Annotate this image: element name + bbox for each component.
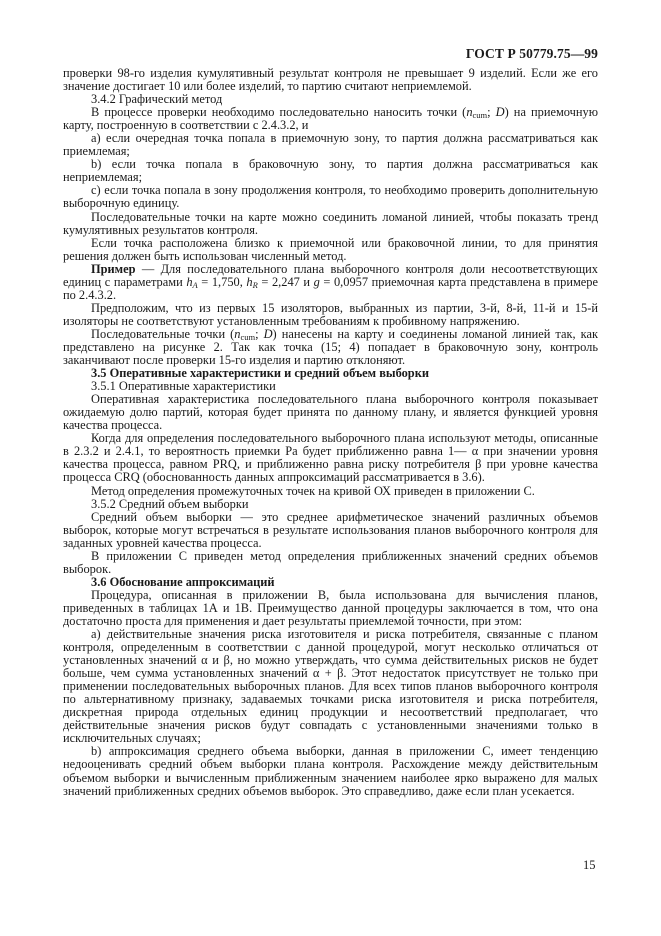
paragraph-appendix-c: В приложении С приведен метод определени… [63, 550, 598, 576]
heading-3-6: 3.6 Обоснование аппроксимаций [63, 576, 598, 589]
paragraph-points: Последовательные точки (ncum; D) нанесен… [63, 328, 598, 367]
text: ; [487, 105, 496, 119]
document-header: ГОСТ Р 50779.75—99 [466, 46, 598, 62]
text: = 1,750, [198, 275, 247, 289]
paragraph-numeric: Если точка расположена близко к приемочн… [63, 237, 598, 263]
list-item-asn-approx: b) аппроксимация среднего объема выборки… [63, 745, 598, 797]
example-label: Пример [91, 262, 136, 276]
text: В процессе проверки необходимо последова… [91, 105, 466, 119]
paragraph-oc: Оперативная характеристика последователь… [63, 393, 598, 432]
paragraph-asn: Средний объем выборки — это среднее ариф… [63, 511, 598, 550]
var-D: D [496, 105, 505, 119]
list-item-c: с) если точка попала в зону продолжения … [63, 184, 598, 210]
example-paragraph: Пример — Для последовательного плана выб… [63, 263, 598, 302]
text: ; [255, 327, 263, 341]
subscript-cum: cum [473, 110, 488, 120]
text: Последовательные точки ( [91, 327, 234, 341]
paragraph-procedure-b: Процедура, описанная в приложении В, был… [63, 589, 598, 628]
list-item-risks: а) действительные значения риска изготов… [63, 628, 598, 745]
page-body: проверки 98-го изделия кумулятивный резу… [63, 67, 598, 798]
heading-3-5-2: 3.5.2 Средний объем выборки [63, 498, 598, 511]
list-item-a: а) если очередная точка попала в приемоч… [63, 132, 598, 158]
var-D: D [264, 327, 273, 341]
text: = 2,247 и [258, 275, 314, 289]
paragraph-insulators: Предположим, что из первых 15 изоляторов… [63, 302, 598, 328]
paragraph-ox-method: Метод определения промежуточных точек на… [63, 485, 598, 498]
paragraph-procedure: В процессе проверки необходимо последова… [63, 106, 598, 132]
paragraph-trend: Последовательные точки на карте можно со… [63, 211, 598, 237]
list-item-b: b) если точка попала в браковочную зону,… [63, 158, 598, 184]
page-number: 15 [583, 858, 596, 873]
paragraph-pa: Когда для определения последовательного … [63, 432, 598, 484]
paragraph-continuation: проверки 98-го изделия кумулятивный резу… [63, 67, 598, 93]
